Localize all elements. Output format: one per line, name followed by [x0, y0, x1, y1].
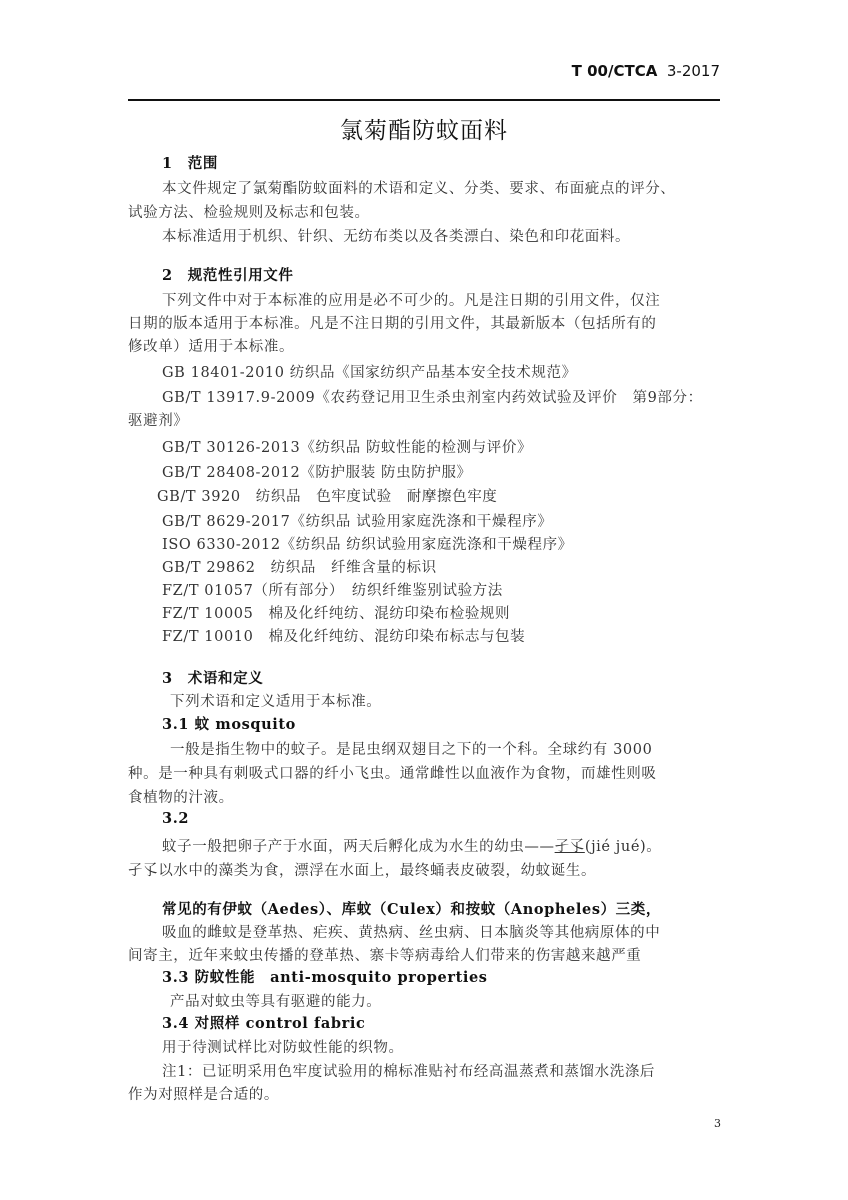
term-3-2-pinyin: (jié jué)。 [585, 839, 662, 855]
term-3-2-definition: 蚊子一般把卵子产于水面，两天后孵化成为水生的幼虫——孑孓(jié jué)。 [162, 835, 661, 856]
term-3-2-text: 蚊子一般把卵子产于水面，两天后孵化成为水生的幼虫—— [162, 839, 555, 855]
term-3-4-heading: 3.4 对照样 control fabric [162, 1012, 365, 1033]
reference-item: FZ/T 01057（所有部分） 纺织纤维鉴别试验方法 [162, 579, 503, 600]
reference-item: GB/T 3920 纺织品 色牢度试验 耐摩擦色牢度 [157, 485, 497, 506]
section-2-paragraph-cont: 日期的版本适用于本标准。凡是不注日期的引用文件，其最新版本（包括所有的 [128, 312, 657, 333]
mosquito-types: 常见的有伊蚊（Aedes）、库蚊（Culex）和按蚊（Anopheles）三类， [162, 898, 661, 919]
section-1-paragraph-cont: 试验方法、检验规则及标志和包装。 [128, 201, 370, 222]
reference-item: GB/T 13917.9-2009《农药登记用卫生杀虫剂室内药效试验及评价 第9… [162, 386, 703, 407]
term-3-4-definition: 用于待测试样比对防蚊性能的织物。 [162, 1036, 404, 1057]
mosquito-disease-paragraph-cont: 间寄主，近年来蚊虫传播的登革热、寨卡等病毒给人们带来的伤害越来越严重 [128, 944, 641, 965]
term-3-1-definition-cont: 食植物的汁液。 [128, 786, 234, 807]
reference-item: GB/T 8629-2017《纺织品 试验用家庭洗涤和干燥程序》 [162, 510, 552, 531]
term-3-3-heading: 3.3 防蚊性能 anti-mosquito properties [162, 966, 488, 987]
page-number: 3 [714, 1117, 721, 1130]
term-3-4-note: 注1：已证明采用色牢度试验用的棉标准贴衬布经高温蒸煮和蒸馏水洗涤后 [162, 1060, 655, 1081]
document-title: 氯菊酯防蚊面料 [0, 112, 848, 145]
term-3-2-definition-cont: 孑孓以水中的藻类为食，漂浮在水面上，最终蛹表皮破裂，幼蚊诞生。 [128, 859, 596, 880]
reference-item: GB 18401-2010 纺织品《国家纺织产品基本安全技术规范》 [162, 361, 577, 382]
section-1-scope: 本标准适用于机织、针织、无纺布类以及各类漂白、染色和印花面料。 [162, 225, 630, 246]
standard-code-prefix: T 00/CTCA [572, 62, 658, 80]
reference-item: ISO 6330-2012《纺织品 纺织试验用家庭洗涤和干燥程序》 [162, 533, 573, 554]
section-3-heading: 3 术语和定义 [162, 667, 263, 688]
reference-item-cont: 驱避剂》 [128, 409, 188, 430]
section-1-paragraph: 本文件规定了氯菊酯防蚊面料的术语和定义、分类、要求、布面疵点的评分、 [162, 177, 675, 198]
section-3-intro: 下列术语和定义适用于本标准。 [170, 690, 381, 711]
term-3-2-heading: 3.2 [162, 810, 189, 827]
section-2-paragraph: 下列文件中对于本标准的应用是必不可少的。凡是注日期的引用文件，仅注 [162, 289, 660, 310]
section-2-paragraph-cont: 修改单）适用于本标准。 [128, 335, 294, 356]
term-3-1-definition: 一般是指生物中的蚊子。是昆虫纲双翅目之下的一个科。全球约有 3000 [170, 738, 652, 759]
section-1-heading: 1 范围 [162, 152, 218, 173]
reference-item: FZ/T 10005 棉及化纤纯纺、混纺印染布检验规则 [162, 602, 510, 623]
term-3-2-underlined-word: 孑孓 [555, 839, 585, 855]
section-2-heading: 2 规范性引用文件 [162, 264, 294, 285]
reference-item: GB/T 28408-2012《防护服装 防虫防护服》 [162, 461, 472, 482]
term-3-1-heading: 3.1 蚊 mosquito [162, 713, 296, 734]
term-3-3-definition: 产品对蚊虫等具有驱避的能力。 [170, 990, 381, 1011]
mosquito-disease-paragraph: 吸血的雌蚊是登革热、疟疾、黄热病、丝虫病、日本脑炎等其他病原体的中 [162, 921, 660, 942]
header-divider [128, 99, 720, 101]
reference-item: FZ/T 10010 棉及化纤纯纺、混纺印染布标志与包装 [162, 625, 525, 646]
standard-code-number: 3-2017 [667, 62, 720, 80]
term-3-4-note-cont: 作为对照样是合适的。 [128, 1083, 279, 1104]
reference-item: GB/T 30126-2013《纺织品 防蚊性能的检测与评价》 [162, 436, 532, 457]
reference-item: GB/T 29862 纺织品 纤维含量的标识 [162, 556, 437, 577]
standard-code: T 00/CTCA 3-2017 [572, 62, 720, 80]
term-3-1-definition-cont: 种。是一种具有刺吸式口器的纤小飞虫。通常雌性以血液作为食物，而雄性则吸 [128, 762, 657, 783]
